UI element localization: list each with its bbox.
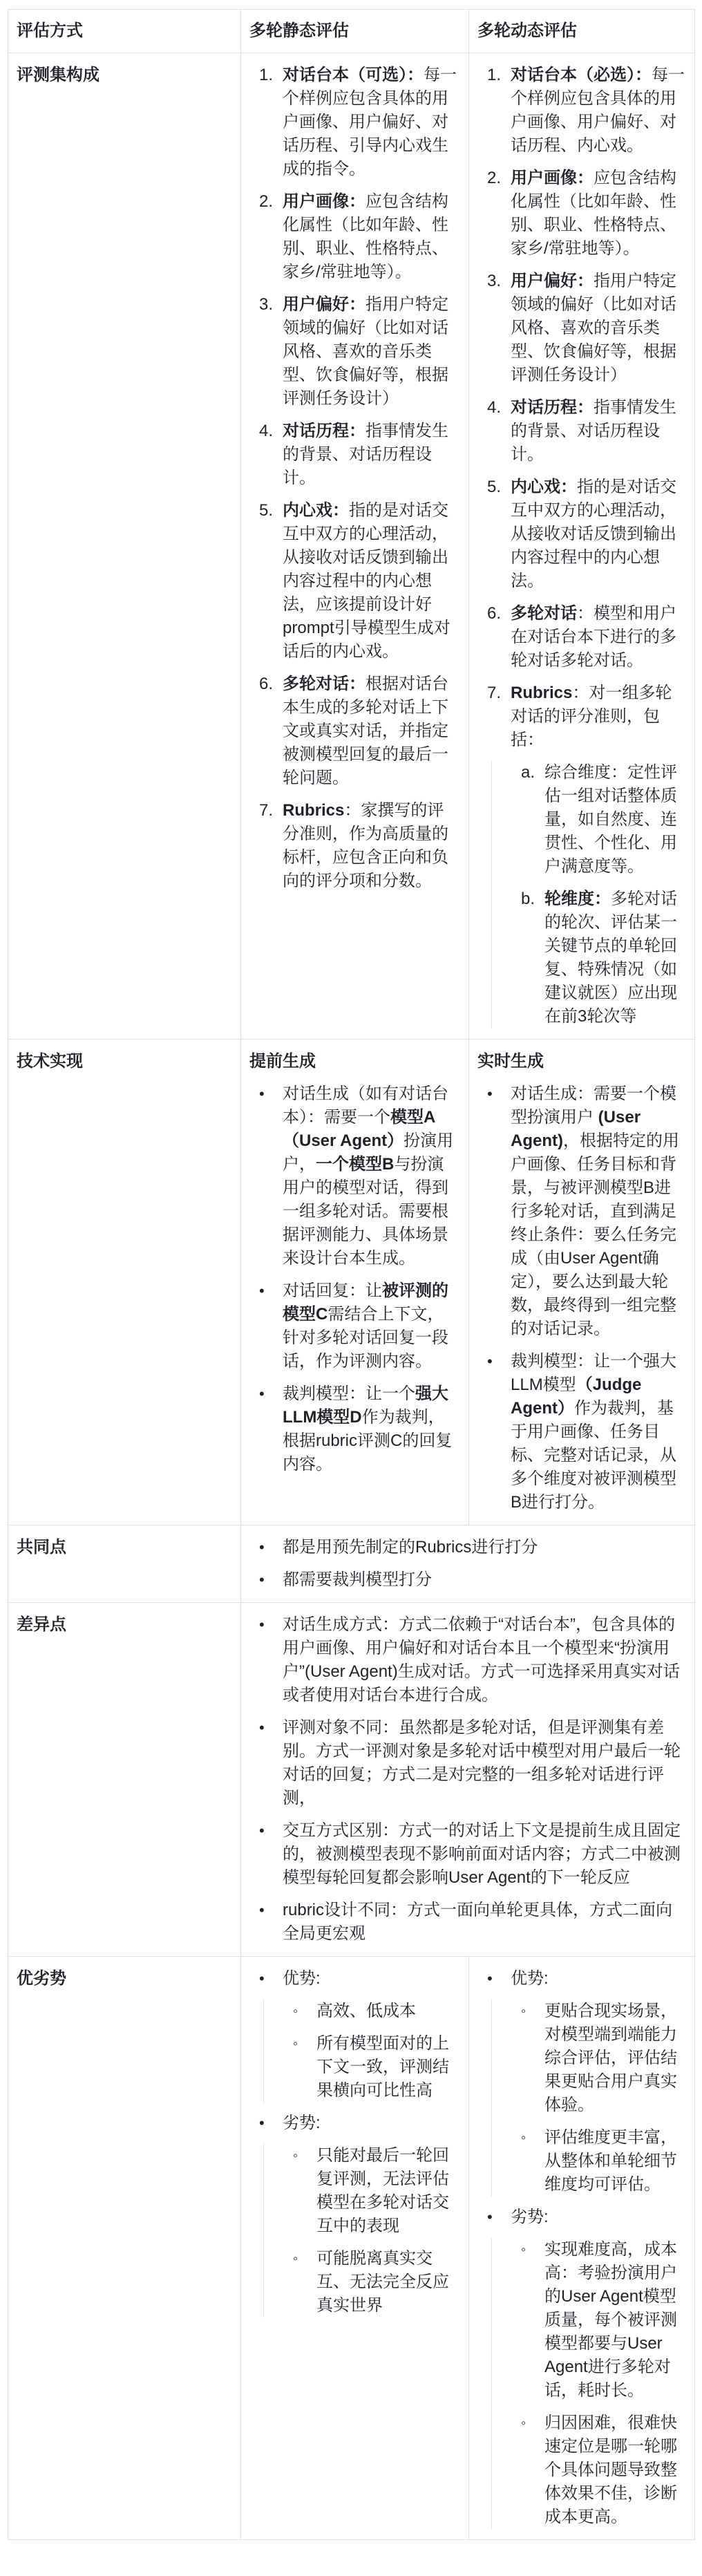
list-item-text: 对话历程：指事情发生的背景、对话历程设计。	[511, 398, 676, 464]
list-item: 4.对话历程：指事情发生的背景、对话历程设计。	[283, 420, 460, 490]
text-run: 更贴合现实场景，对模型端到端能力综合评估，评估结果更贴合用户真实体验。	[544, 2002, 677, 2114]
text-run: rubric设计不同：方式一面向单轮更具体，方式二面向全局更宏观	[283, 1901, 672, 1943]
list-item-text: 对话台本（可选）：每一个样例应包含具体的用户画像、用户偏好、对话历程、引导内心戏…	[283, 66, 457, 178]
emphasized-text: 用户偏好：	[283, 295, 366, 314]
content-cell: 1.对话台本（必选）：每一个样例应包含具体的用户画像、用户偏好、对话历程、内心戏…	[469, 53, 695, 1040]
content-cell: •优势:◦更贴合现实场景，对模型端到端能力综合评估，评估结果更贴合用户真实体验。…	[469, 1957, 695, 2540]
list-item-text: 裁判模型：让一个强大LLM模型（Judge Agent）作为裁判，基于用户画像、…	[511, 1352, 676, 1512]
list-number: 3.	[259, 293, 281, 317]
cell-content: •优势:◦更贴合现实场景，对模型端到端能力综合评估，评估结果更贴合用户真实体验。…	[477, 1967, 686, 2529]
list-item: •劣势:◦实现难度高，成本高：考验扮演用户的User Agent模型质量，每个被…	[511, 2206, 686, 2529]
text-run: 只能对最后一轮回复评测，无法评估模型在多轮对话交互中的表现	[316, 2146, 449, 2235]
list-item-text: 对话生成（如有对话台本）：需要一个模型A（User Agent）扮演用户，一个模…	[283, 1084, 453, 1268]
list-item: 1.对话台本（可选）：每一个样例应包含具体的用户画像、用户偏好、对话历程、引导内…	[283, 64, 460, 181]
list-item: •劣势:◦只能对最后一轮回复评测，无法评估模型在多轮对话交互中的表现◦可能脱离真…	[283, 2112, 460, 2318]
text-run: 都需要裁判模型打分	[283, 1570, 432, 1589]
list-item-text: 交互方式区别：方式一的对话上下文是提前生成且固定的，被测模型表现不影响前面对话内…	[283, 1821, 681, 1887]
list-number: 3.	[487, 270, 509, 293]
list: 1.对话台本（可选）：每一个样例应包含具体的用户画像、用户偏好、对话历程、引导内…	[249, 64, 460, 893]
emphasized-text: 多轮对话	[511, 604, 577, 623]
header-cell-static-eval: 多轮静态评估	[241, 10, 469, 53]
list-number: 4.	[487, 396, 509, 420]
text-run: 可能脱离真实交互、无法完全反应真实世界	[316, 2249, 449, 2315]
list-number: 2.	[259, 190, 281, 214]
emphasized-text: 轮维度：	[544, 890, 611, 908]
row-technical-implementation: 技术实现提前生成•对话生成（如有对话台本）：需要一个模型A（User Agent…	[8, 1040, 695, 1525]
list-item: •优势:◦高效、低成本◦所有模型面对的上下文一致，评测结果横向可比性高	[283, 1967, 460, 2103]
list-item: •对话生成（如有对话台本）：需要一个模型A（User Agent）扮演用户，一个…	[283, 1082, 460, 1270]
emphasized-text: Rubrics	[511, 684, 572, 702]
row-label: 共同点	[8, 1525, 241, 1603]
text-run: 交互方式区别：方式一的对话上下文是提前生成且固定的，被测模型表现不影响前面对话内…	[283, 1821, 681, 1887]
list-item: ◦评估维度更丰富，从整体和单轮细节维度均可评估。	[544, 2126, 686, 2197]
list-item: 2.用户画像：应包含结构化属性（比如年龄、性别、职业、性格特点、家乡/常驻地等）…	[283, 190, 460, 284]
content-cell: 提前生成•对话生成（如有对话台本）：需要一个模型A（User Agent）扮演用…	[241, 1040, 469, 1525]
text-run: ，根据特定的用户画像、任务目标和背景，与被评测模型B进行多轮对话，直到满足终止条…	[511, 1131, 679, 1338]
list-number: 7.	[259, 799, 281, 822]
list-item-text: 轮维度：多轮对话的轮次、评估某一关键节点的单轮回复、特殊情况（如建议就医）应出现…	[544, 890, 677, 1026]
bullet-icon: •	[259, 1899, 281, 1922]
list-item: •rubric设计不同：方式一面向单轮更具体，方式二面向全局更宏观	[283, 1899, 686, 1946]
list-item-text: 用户画像：应包含结构化属性（比如年龄、性别、职业、性格特点、家乡/常驻地等）。	[283, 192, 448, 281]
row-label: 评测集构成	[8, 53, 241, 1040]
bullet-icon: ◦	[521, 2412, 543, 2435]
list-item: •对话回复：让被评测的模型C需结合上下文，针对多轮对话回复一段话，作为评测内容。	[283, 1279, 460, 1373]
nested-list: a.综合维度：定性评估一组对话整体质量，如自然度、连贯性、个性化、用户满意度等。…	[491, 761, 686, 1028]
list-item-text: 内心戏：指的是对话交互中双方的心理活动，从接收对话反馈到输出内容过程中的内心想法…	[511, 478, 676, 590]
cell-content: 1.对话台本（可选）：每一个样例应包含具体的用户画像、用户偏好、对话历程、引导内…	[249, 64, 460, 893]
list-number: 4.	[259, 420, 281, 443]
row-pros-cons: 优劣势•优势:◦高效、低成本◦所有模型面对的上下文一致，评测结果横向可比性高•劣…	[8, 1957, 695, 2540]
list-number: 6.	[487, 602, 509, 626]
bullet-icon: •	[259, 1819, 281, 1843]
bullet-icon: •	[487, 1082, 509, 1106]
list-item-text: 对话生成方式：方式二依赖于“对话台本”，包含具体的用户画像、用户偏好和对话台本且…	[283, 1615, 680, 1704]
list-item-text: rubric设计不同：方式一面向单轮更具体，方式二面向全局更宏观	[283, 1901, 672, 1943]
bullet-icon: ◦	[521, 2000, 543, 2023]
bullet-icon: ◦	[521, 2238, 543, 2262]
bullet-icon: •	[487, 1350, 509, 1373]
list-item: •交互方式区别：方式一的对话上下文是提前生成且固定的，被测模型表现不影响前面对话…	[283, 1819, 686, 1890]
content-cell: •对话生成方式：方式二依赖于“对话台本”，包含具体的用户画像、用户偏好和对话台本…	[241, 1603, 695, 1957]
nested-list: ◦实现难度高，成本高：考验扮演用户的User Agent模型质量，每个被评测模型…	[491, 2238, 686, 2529]
text-run: 优势:	[511, 1969, 549, 1988]
bullet-icon: •	[259, 1082, 281, 1106]
content-cell: •优势:◦高效、低成本◦所有模型面对的上下文一致，评测结果横向可比性高•劣势:◦…	[241, 1957, 469, 2540]
list: •都是用预先制定的Rubrics进行打分•都需要裁判模型打分	[249, 1536, 686, 1592]
list: 1.对话台本（必选）：每一个样例应包含具体的用户画像、用户偏好、对话历程、内心戏…	[477, 64, 686, 1028]
list-item-text: 都需要裁判模型打分	[283, 1570, 432, 1589]
list-item: 5.内心戏：指的是对话交互中双方的心理活动，从接收对话反馈到输出内容过程中的内心…	[511, 476, 686, 593]
text-run: 指的是对话交互中双方的心理活动，从接收对话反馈到输出内容过程中的内心想法，应该提…	[283, 501, 450, 661]
comparison-table: 评估方式 多轮静态评估 多轮动态评估 评测集构成1.对话台本（可选）：每一个样例…	[8, 9, 695, 2540]
row-label: 优劣势	[8, 1957, 241, 2540]
list-number: 5.	[487, 476, 509, 499]
list-item: ◦归因困难，很难快速定位是哪一轮哪个具体问题导致整体效果不佳，诊断成本更高。	[544, 2412, 686, 2529]
list-item: ◦所有模型面对的上下文一致，评测结果横向可比性高	[316, 2032, 460, 2103]
list-item-text: 归因困难，很难快速定位是哪一轮哪个具体问题导致整体效果不佳，诊断成本更高。	[544, 2414, 677, 2526]
emphasized-text: 用户偏好：	[511, 272, 594, 290]
list-item: •评测对象不同：虽然都是多轮对话，但是评测集有差别。方式一评测对象是多轮对话中模…	[283, 1716, 686, 1810]
list-number: 1.	[259, 64, 281, 87]
bullet-icon: ◦	[293, 2032, 315, 2056]
bullet-icon: •	[259, 1382, 281, 1406]
cell-content: 提前生成•对话生成（如有对话台本）：需要一个模型A（User Agent）扮演用…	[249, 1050, 460, 1476]
list-item-text: 劣势:	[283, 2114, 321, 2132]
list-number: 1.	[487, 64, 509, 87]
list-item: ◦高效、低成本	[316, 2000, 460, 2023]
emphasized-text: 一个模型B	[316, 1155, 394, 1174]
nested-list: ◦高效、低成本◦所有模型面对的上下文一致，评测结果横向可比性高	[263, 2000, 460, 2103]
content-cell: 1.对话台本（可选）：每一个样例应包含具体的用户画像、用户偏好、对话历程、引导内…	[241, 53, 469, 1040]
list: •对话生成方式：方式二依赖于“对话台本”，包含具体的用户画像、用户偏好和对话台本…	[249, 1613, 686, 1946]
document-page: 评估方式 多轮静态评估 多轮动态评估 评测集构成1.对话台本（可选）：每一个样例…	[0, 0, 702, 2561]
row-label: 技术实现	[8, 1040, 241, 1525]
content-cell: 实时生成•对话生成：需要一个模型扮演用户 (User Agent)，根据特定的用…	[469, 1040, 695, 1525]
list-item-text: 所有模型面对的上下文一致，评测结果横向可比性高	[316, 2034, 449, 2100]
bullet-icon: ◦	[521, 2126, 543, 2150]
text-run: 劣势:	[511, 2208, 549, 2226]
bullet-icon: ◦	[293, 2247, 315, 2271]
list-item: 3.用户偏好：指用户特定领域的偏好（比如对话风格、喜欢的音乐类型、饮食偏好等，根…	[511, 270, 686, 387]
nested-list: ◦更贴合现实场景，对模型端到端能力综合评估，评估结果更贴合用户真实体验。◦评估维…	[491, 2000, 686, 2197]
list-item: •都是用预先制定的Rubrics进行打分	[283, 1536, 686, 1559]
list-item: b.轮维度：多轮对话的轮次、评估某一关键节点的单轮回复、特殊情况（如建议就医）应…	[544, 887, 686, 1028]
text-run: 优势:	[283, 1969, 321, 1988]
list-number: 6.	[259, 673, 281, 696]
list-item-text: 用户偏好：指用户特定领域的偏好（比如对话风格、喜欢的音乐类型、饮食偏好等，根据评…	[511, 272, 676, 384]
cell-content: 1.对话台本（必选）：每一个样例应包含具体的用户画像、用户偏好、对话历程、内心戏…	[477, 64, 686, 1028]
list-item: 6.多轮对话：模型和用户在对话台本下进行的多轮对话多轮对话。	[511, 602, 686, 673]
emphasized-text: 对话历程：	[283, 422, 366, 440]
text-run: 裁判模型：让一个	[283, 1384, 415, 1403]
list-item: ◦只能对最后一轮回复评测，无法评估模型在多轮对话交互中的表现	[316, 2144, 460, 2238]
emphasized-text: 用户画像：	[283, 192, 366, 211]
bullet-icon: ◦	[293, 2000, 315, 2023]
emphasized-text: 对话历程：	[511, 398, 594, 417]
list: •对话生成：需要一个模型扮演用户 (User Agent)，根据特定的用户画像、…	[477, 1082, 686, 1514]
list-item-text: 高效、低成本	[316, 2002, 416, 2020]
cell-content: 实时生成•对话生成：需要一个模型扮演用户 (User Agent)，根据特定的用…	[477, 1050, 686, 1514]
list-item: a.综合维度：定性评估一组对话整体质量，如自然度、连贯性、个性化、用户满意度等。	[544, 761, 686, 878]
nested-list: ◦只能对最后一轮回复评测，无法评估模型在多轮对话交互中的表现◦可能脱离真实交互、…	[263, 2144, 460, 2318]
row-eval-set-composition: 评测集构成1.对话台本（可选）：每一个样例应包含具体的用户画像、用户偏好、对话历…	[8, 53, 695, 1040]
list-item: ◦实现难度高，成本高：考验扮演用户的User Agent模型质量，每个被评测模型…	[544, 2238, 686, 2403]
list-number: b.	[521, 887, 543, 911]
bullet-icon: •	[259, 1536, 281, 1559]
list-number: 2.	[487, 167, 509, 190]
list-item-text: 都是用预先制定的Rubrics进行打分	[283, 1538, 538, 1557]
bullet-icon: ◦	[293, 2144, 315, 2168]
cell-content: •优势:◦高效、低成本◦所有模型面对的上下文一致，评测结果横向可比性高•劣势:◦…	[249, 1967, 460, 2318]
cell-heading: 实时生成	[477, 1050, 686, 1073]
cell-heading: 提前生成	[249, 1050, 460, 1073]
text-run: 评估维度更丰富，从整体和单轮细节维度均可评估。	[544, 2128, 677, 2194]
text-run: 实现难度高，成本高：考验扮演用户的User Agent模型质量，每个被评测模型都…	[544, 2240, 677, 2400]
list-item-text: 评估维度更丰富，从整体和单轮细节维度均可评估。	[544, 2128, 677, 2194]
text-run: 对话生成：需要一个模型扮演用户	[511, 1084, 676, 1127]
list-item: 7.Rubrics：家撰写的评分准则，作为高质量的标杆，应包含正向和负向的评分项…	[283, 799, 460, 893]
header-cell-eval-method: 评估方式	[8, 10, 241, 53]
bullet-icon: •	[259, 1568, 281, 1592]
list-item-text: 优势:	[511, 1969, 549, 1988]
row-common-points: 共同点•都是用预先制定的Rubrics进行打分•都需要裁判模型打分	[8, 1525, 695, 1603]
list-item: 5.内心戏：指的是对话交互中双方的心理活动，从接收对话反馈到输出内容过程中的内心…	[283, 499, 460, 664]
table-body: 评测集构成1.对话台本（可选）：每一个样例应包含具体的用户画像、用户偏好、对话历…	[8, 53, 695, 2540]
bullet-icon: •	[259, 1967, 281, 1991]
bullet-icon: •	[487, 1967, 509, 1991]
list-item: •对话生成方式：方式二依赖于“对话台本”，包含具体的用户画像、用户偏好和对话台本…	[283, 1613, 686, 1707]
text-run: 对话生成方式：方式二依赖于“对话台本”，包含具体的用户画像、用户偏好和对话台本且…	[283, 1615, 680, 1704]
list-number: 5.	[259, 499, 281, 523]
list-item-text: Rubrics：家撰写的评分准则，作为高质量的标杆，应包含正向和负向的评分项和分…	[283, 801, 448, 890]
text-run: 高效、低成本	[316, 2002, 416, 2020]
list-item: •裁判模型：让一个强大LLM模型（Judge Agent）作为裁判，基于用户画像…	[511, 1350, 686, 1514]
list-item-text: Rubrics：对一组多轮对话的评分准则，包括：	[511, 684, 672, 749]
text-run: 劣势:	[283, 2114, 321, 2132]
emphasized-text: 内心戏：	[283, 501, 349, 520]
list-item: 3.用户偏好：指用户特定领域的偏好（比如对话风格、喜欢的音乐类型、饮食偏好等，根…	[283, 293, 460, 411]
list-item-text: 裁判模型：让一个强大LLM模型D作为裁判，根据rubric评测C的回复内容。	[283, 1384, 452, 1474]
bullet-icon: •	[259, 1613, 281, 1637]
list-item: ◦更贴合现实场景，对模型端到端能力综合评估，评估结果更贴合用户真实体验。	[544, 2000, 686, 2117]
list-item: •对话生成：需要一个模型扮演用户 (User Agent)，根据特定的用户画像、…	[511, 1082, 686, 1341]
list-item-text: 可能脱离真实交互、无法完全反应真实世界	[316, 2249, 449, 2315]
emphasized-text: Rubrics	[283, 801, 344, 820]
list: •对话生成（如有对话台本）：需要一个模型A（User Agent）扮演用户，一个…	[249, 1082, 460, 1476]
text-run: 归因困难，很难快速定位是哪一轮哪个具体问题导致整体效果不佳，诊断成本更高。	[544, 2414, 677, 2526]
list-item-text: 只能对最后一轮回复评测，无法评估模型在多轮对话交互中的表现	[316, 2146, 449, 2235]
emphasized-text: 对话台本（可选）：	[283, 66, 424, 84]
list-item-text: 对话生成：需要一个模型扮演用户 (User Agent)，根据特定的用户画像、任…	[511, 1084, 679, 1338]
list-item-text: 对话回复：让被评测的模型C需结合上下文，针对多轮对话回复一段话，作为评测内容。	[283, 1281, 448, 1371]
list-item-text: 对话历程：指事情发生的背景、对话历程设计。	[283, 422, 448, 487]
emphasized-text: 多轮对话：	[283, 675, 366, 693]
list-item-text: 评测对象不同：虽然都是多轮对话，但是评测集有差别。方式一评测对象是多轮对话中模型…	[283, 1718, 681, 1807]
bullet-icon: •	[487, 2206, 509, 2229]
emphasized-text: 用户画像：	[511, 169, 594, 187]
cell-content: •对话生成方式：方式二依赖于“对话台本”，包含具体的用户画像、用户偏好和对话台本…	[249, 1613, 686, 1946]
text-run: 所有模型面对的上下文一致，评测结果横向可比性高	[316, 2034, 449, 2100]
emphasized-text: 内心戏：	[511, 478, 577, 496]
list-item: •优势:◦更贴合现实场景，对模型端到端能力综合评估，评估结果更贴合用户真实体验。…	[511, 1967, 686, 2197]
cell-content: •都是用预先制定的Rubrics进行打分•都需要裁判模型打分	[249, 1536, 686, 1592]
text-run: 综合维度：定性评估一组对话整体质量，如自然度、连贯性、个性化、用户满意度等。	[544, 763, 677, 876]
list-item-text: 多轮对话：模型和用户在对话台本下进行的多轮对话多轮对话。	[511, 604, 676, 670]
list: •优势:◦高效、低成本◦所有模型面对的上下文一致，评测结果横向可比性高•劣势:◦…	[249, 1967, 460, 2318]
list-item-text: 劣势:	[511, 2208, 549, 2226]
list-item: 6.多轮对话：根据对话台本生成的多轮对话上下文或真实对话，并指定被测模型回复的最…	[283, 673, 460, 790]
list-item-text: 多轮对话：根据对话台本生成的多轮对话上下文或真实对话，并指定被测模型回复的最后一…	[283, 675, 448, 787]
list-item: •裁判模型：让一个强大LLM模型D作为裁判，根据rubric评测C的回复内容。	[283, 1382, 460, 1476]
list-item-text: 对话台本（必选）：每一个样例应包含具体的用户画像、用户偏好、对话历程、内心戏。	[511, 66, 685, 155]
row-differences: 差异点•对话生成方式：方式二依赖于“对话台本”，包含具体的用户画像、用户偏好和对…	[8, 1603, 695, 1957]
header-row: 评估方式 多轮静态评估 多轮动态评估	[8, 10, 695, 53]
list-item: 2.用户画像：应包含结构化属性（比如年龄、性别、职业、性格特点、家乡/常驻地等）…	[511, 167, 686, 261]
list-item-text: 综合维度：定性评估一组对话整体质量，如自然度、连贯性、个性化、用户满意度等。	[544, 763, 677, 876]
list: •优势:◦更贴合现实场景，对模型端到端能力综合评估，评估结果更贴合用户真实体验。…	[477, 1967, 686, 2529]
list-item: ◦可能脱离真实交互、无法完全反应真实世界	[316, 2247, 460, 2318]
header-cell-dynamic-eval: 多轮动态评估	[469, 10, 695, 53]
list-item-text: 实现难度高，成本高：考验扮演用户的User Agent模型质量，每个被评测模型都…	[544, 2240, 677, 2400]
text-run: 都是用预先制定的Rubrics进行打分	[283, 1538, 538, 1557]
text-run: 对话回复：让	[283, 1281, 382, 1300]
bullet-icon: •	[259, 2112, 281, 2135]
list-item: 4.对话历程：指事情发生的背景、对话历程设计。	[511, 396, 686, 467]
bullet-icon: •	[259, 1716, 281, 1740]
text-run: 多轮对话的轮次、评估某一关键节点的单轮回复、特殊情况（如建议就医）应出现在前3轮…	[544, 890, 677, 1026]
row-label: 差异点	[8, 1603, 241, 1957]
list-number: 7.	[487, 681, 509, 705]
emphasized-text: 对话台本（必选）：	[511, 66, 652, 84]
list-item: 1.对话台本（必选）：每一个样例应包含具体的用户画像、用户偏好、对话历程、内心戏…	[511, 64, 686, 158]
text-run: 评测对象不同：虽然都是多轮对话，但是评测集有差别。方式一评测对象是多轮对话中模型…	[283, 1718, 681, 1807]
list-number: a.	[521, 761, 543, 784]
list-item: 7.Rubrics：对一组多轮对话的评分准则，包括：a.综合维度：定性评估一组对…	[511, 681, 686, 1028]
list-item-text: 用户画像：应包含结构化属性（比如年龄、性别、职业、性格特点、家乡/常驻地等）。	[511, 169, 676, 258]
list-item: •都需要裁判模型打分	[283, 1568, 686, 1592]
list-item-text: 内心戏：指的是对话交互中双方的心理活动，从接收对话反馈到输出内容过程中的内心想法…	[283, 501, 450, 661]
list-item-text: 优势:	[283, 1969, 321, 1988]
bullet-icon: •	[259, 1279, 281, 1303]
list-item-text: 用户偏好：指用户特定领域的偏好（比如对话风格、喜欢的音乐类型、饮食偏好等，根据评…	[283, 295, 448, 408]
content-cell: •都是用预先制定的Rubrics进行打分•都需要裁判模型打分	[241, 1525, 695, 1603]
list-item-text: 更贴合现实场景，对模型端到端能力综合评估，评估结果更贴合用户真实体验。	[544, 2002, 677, 2114]
